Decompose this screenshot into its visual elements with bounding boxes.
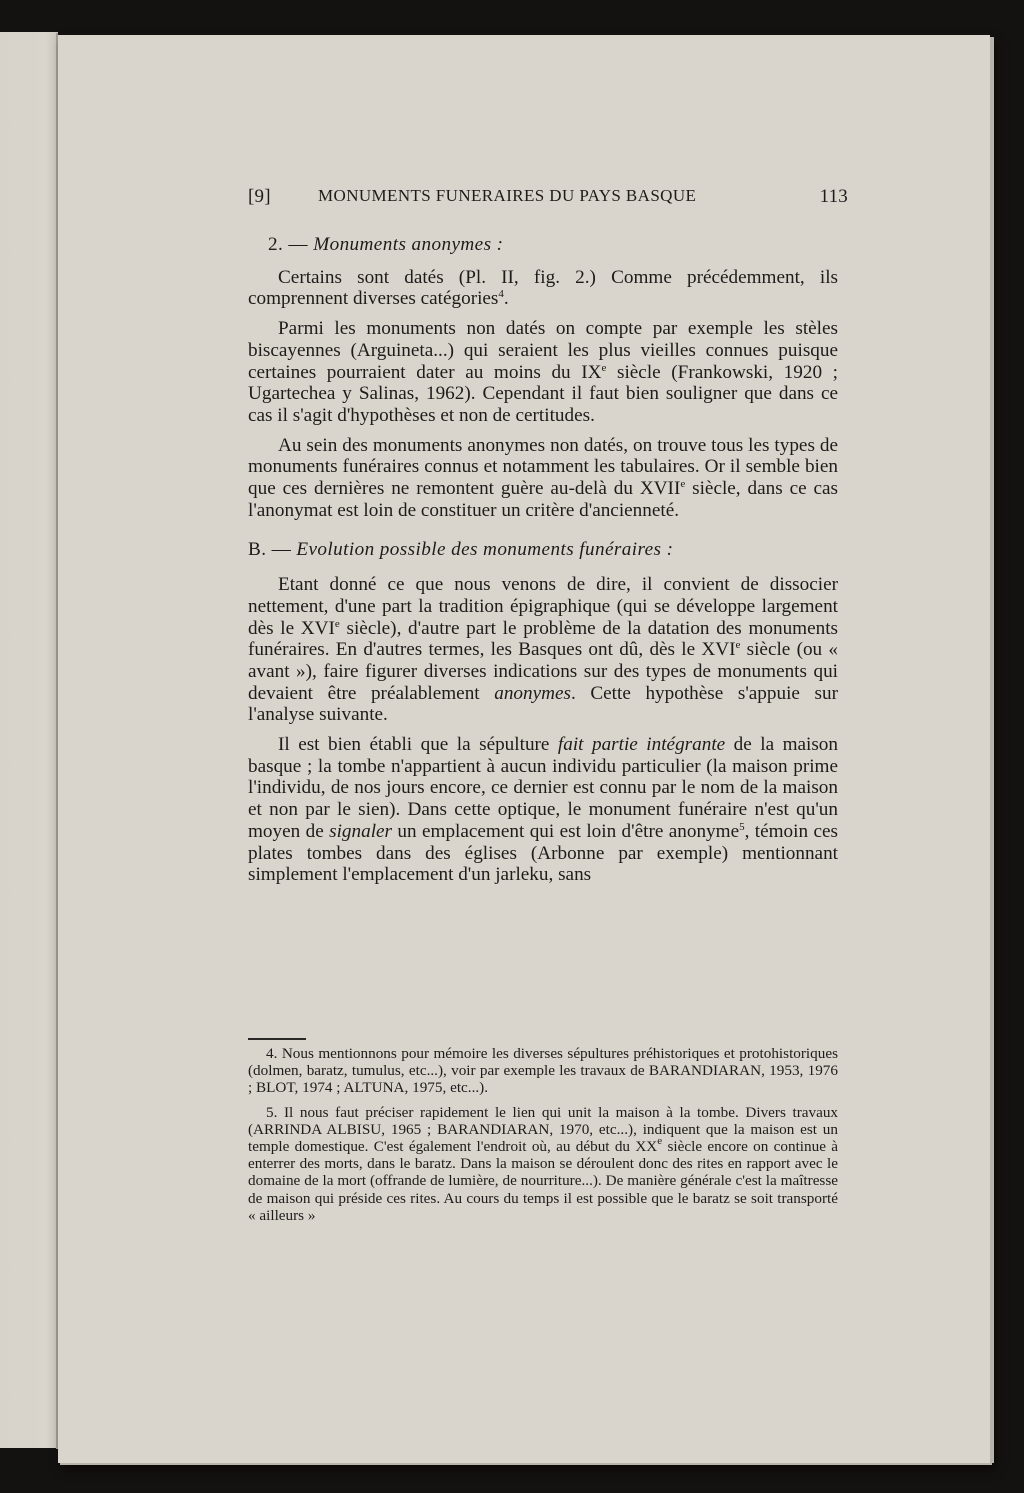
heading-number: B. —	[248, 539, 291, 560]
italic-text: fait partie intégrante	[558, 734, 725, 755]
footnote-number: 5.	[266, 1104, 277, 1121]
body-text: 2. — Monuments anonymes : Certains sont …	[248, 230, 838, 894]
footnote-5: 5. Il nous faut préciser rapidement le l…	[248, 1104, 838, 1224]
section-heading-evolution: B. — Evolution possible des monuments fu…	[248, 539, 838, 561]
paragraph: Certains sont datés (Pl. II, fig. 2.) Co…	[248, 267, 838, 310]
heading-title: Evolution possible des monuments funérai…	[296, 539, 673, 560]
text: Il est bien établi que la sépulture	[278, 734, 558, 755]
footnote-4: 4. Nous mentionnons pour mémoire les div…	[248, 1045, 838, 1097]
facing-page-edge	[0, 32, 58, 1448]
section-number: [9]	[248, 186, 271, 208]
section-heading-monuments-anonymes: 2. — Monuments anonymes :	[248, 234, 838, 256]
footnote-number: 4.	[266, 1045, 277, 1062]
footnote-text: Nous mentionnons pour mémoire les divers…	[248, 1045, 838, 1096]
italic-text: signaler	[329, 821, 392, 842]
running-title: MONUMENTS FUNERAIRES DU PAYS BASQUE	[318, 186, 696, 206]
footnotes: 4. Nous mentionnons pour mémoire les div…	[248, 1045, 838, 1231]
italic-text: anonymes	[494, 683, 571, 704]
paragraph: Au sein des monuments anonymes non datés…	[248, 435, 838, 522]
heading-number: 2. —	[268, 234, 308, 255]
page-stack-edge	[990, 37, 994, 1463]
footnote-separator	[248, 1038, 306, 1040]
heading-title: Monuments anonymes :	[313, 234, 503, 255]
text: Certains sont datés (Pl. II, fig. 2.) Co…	[248, 267, 838, 310]
page-number: 113	[820, 186, 848, 208]
paragraph: Etant donné ce que nous venons de dire, …	[248, 574, 838, 726]
text: .	[504, 288, 509, 309]
running-head: [9] MONUMENTS FUNERAIRES DU PAYS BASQUE …	[248, 186, 848, 212]
paragraph: Parmi les monuments non datés on compte …	[248, 318, 838, 427]
text: un emplacement qui est loin d'être anony…	[392, 821, 739, 842]
paragraph: Il est bien établi que la sépulture fait…	[248, 734, 838, 886]
